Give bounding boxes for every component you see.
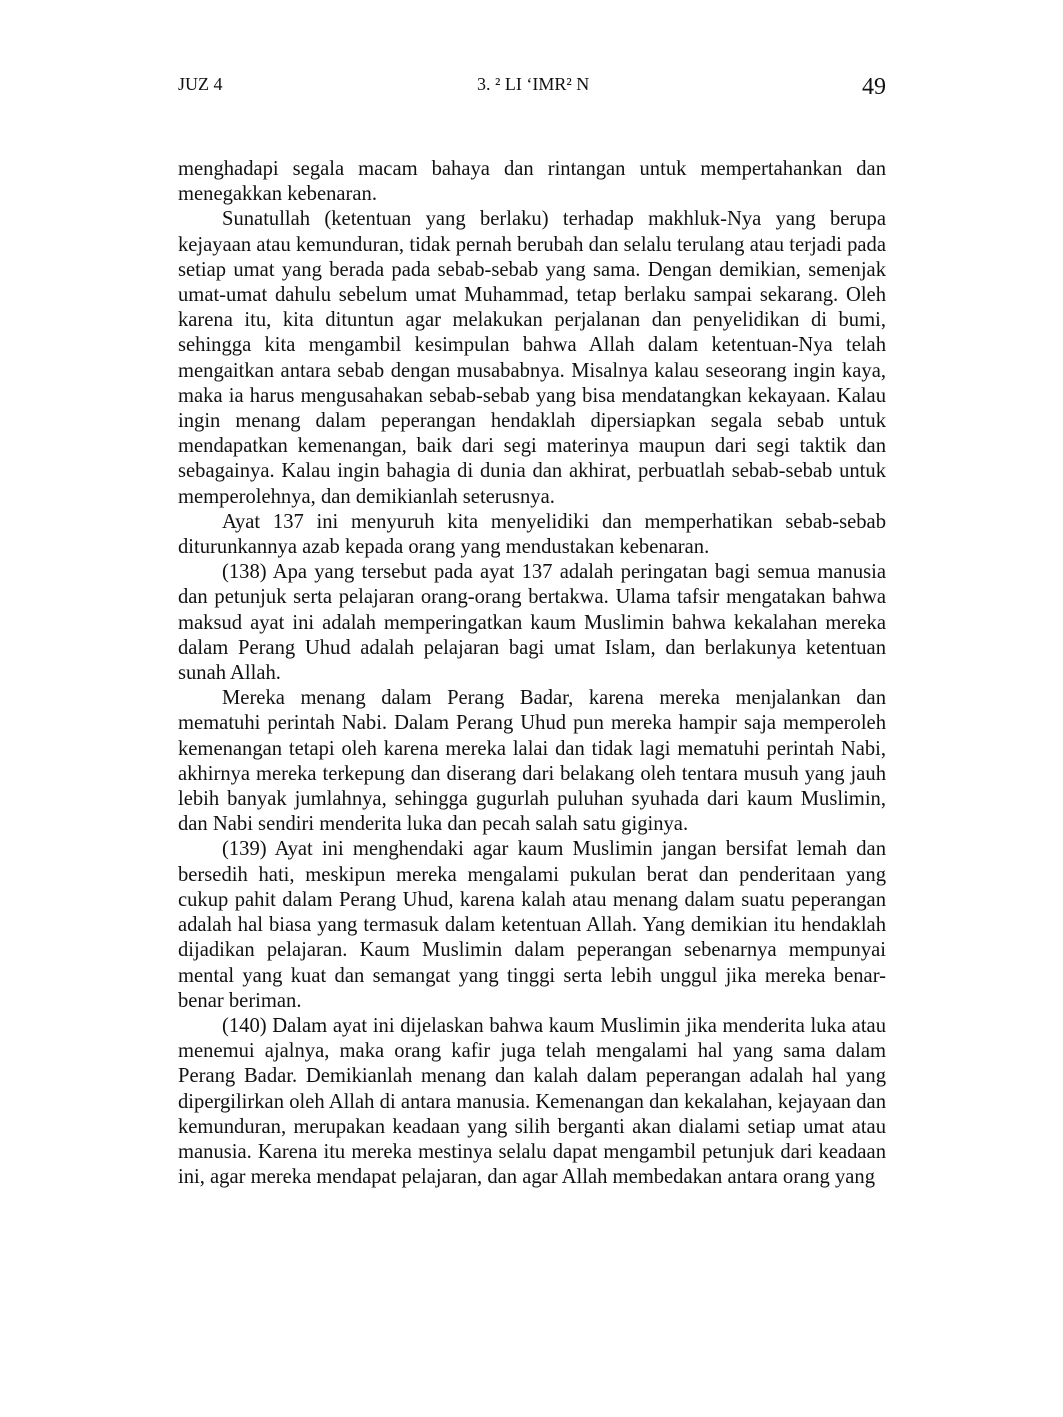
paragraph-ayat-140: (140) Dalam ayat ini dijelaskan bahwa ka… xyxy=(178,1014,886,1190)
paragraph: Mereka menang dalam Perang Badar, karena… xyxy=(178,686,886,837)
running-header: JUZ 4 3. ² LI ‘IMR² N 49 xyxy=(178,72,888,102)
page-number: 49 xyxy=(862,74,886,101)
paragraph: Ayat 137 ini menyuruh kita menyelidiki d… xyxy=(178,510,886,560)
surah-title: 3. ² LI ‘IMR² N xyxy=(477,74,589,95)
body-text: menghadapi segala macam bahaya dan rinta… xyxy=(178,157,886,1190)
paragraph: Sunatullah (ketentuan yang berlaku) terh… xyxy=(178,207,886,509)
document-page: JUZ 4 3. ² LI ‘IMR² N 49 menghadapi sega… xyxy=(0,0,1063,1417)
paragraph: menghadapi segala macam bahaya dan rinta… xyxy=(178,157,886,207)
juz-label: JUZ 4 xyxy=(178,74,223,95)
paragraph-ayat-138: (138) Apa yang tersebut pada ayat 137 ad… xyxy=(178,560,886,686)
paragraph-ayat-139: (139) Ayat ini menghendaki agar kaum Mus… xyxy=(178,837,886,1013)
